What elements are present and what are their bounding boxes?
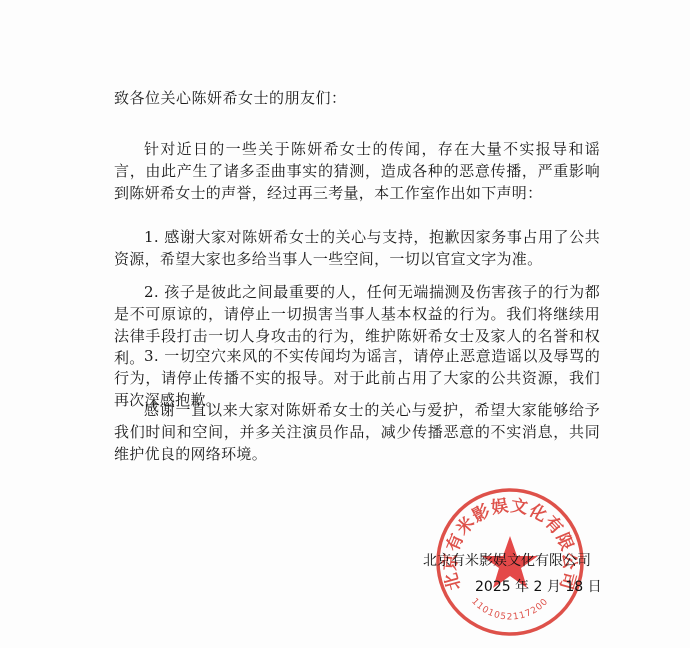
- document-page: 致各位关心陈妍希女士的朋友们： 针对近日的一些关于陈妍希女士的传闻，存在大量不实…: [0, 0, 690, 648]
- paragraph-item-1: 1. 感谢大家对陈妍希女士的关心与支持，抱歉因家务事占用了公共资源，希望大家也多…: [114, 226, 600, 270]
- paragraph-closing: 感谢一直以来大家对陈妍希女士的关心与爱护，希望大家能够给予我们时间和空间，并多关…: [114, 399, 600, 465]
- signature-block: 北京有米影娱文化有限公司 2025 年 2 月 18 日: [423, 548, 602, 600]
- signature-date: 2025 年 2 月 18 日: [423, 574, 602, 600]
- paragraph-intro: 针对近日的一些关于陈妍希女士的传闻，存在大量不实报导和谣言，由此产生了诸多歪曲事…: [114, 138, 600, 204]
- salutation: 致各位关心陈妍希女士的朋友们：: [114, 87, 347, 108]
- signature-company: 北京有米影娱文化有限公司: [423, 548, 602, 574]
- svg-text:1101052117200: 1101052117200: [469, 597, 551, 623]
